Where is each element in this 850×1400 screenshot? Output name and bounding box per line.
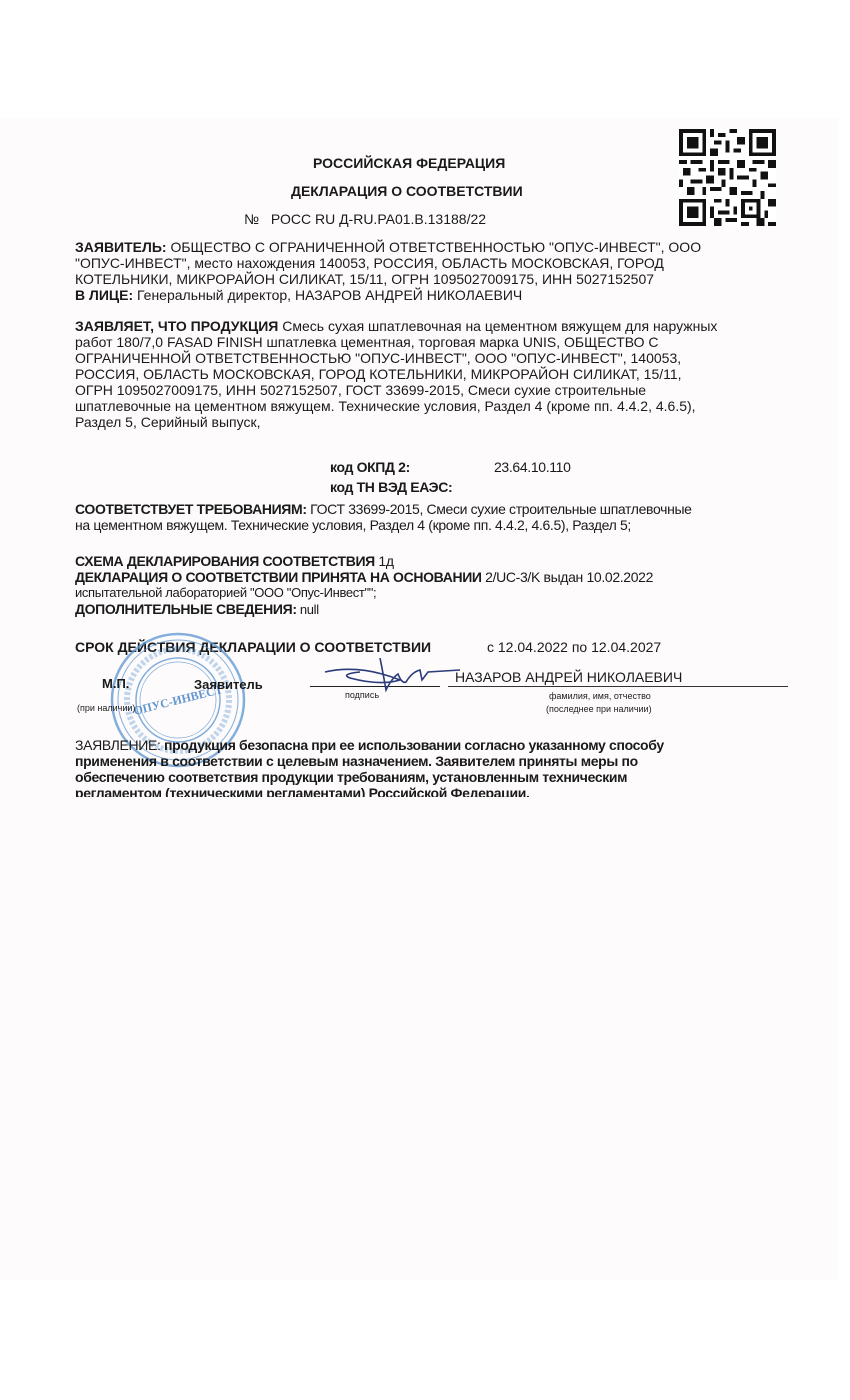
mp-label: М.П.	[102, 676, 129, 691]
statement-line: продукция безопасна при ее использовании…	[161, 737, 664, 753]
person-label: В ЛИЦЕ:	[75, 287, 133, 303]
product-line: ОГРН 1095027009175, ИНН 5027152507, ГОСТ…	[75, 382, 795, 398]
name-line	[448, 686, 788, 687]
signatory-name: НАЗАРОВ АНДРЕЙ НИКОЛАЕВИЧ	[455, 669, 682, 685]
statement-line: применения в соответствии с целевым назн…	[75, 753, 795, 769]
applicant-block: ЗАЯВИТЕЛЬ: ОБЩЕСТВО С ОГРАНИЧЕННОЙ ОТВЕТ…	[75, 239, 795, 303]
applicant-line: "ОПУС-ИНВЕСТ", место нахождения 140053, …	[75, 255, 795, 271]
scheme-label: СХЕМА ДЕКЛАРИРОВАНИЯ СООТВЕТСТВИЯ	[75, 553, 375, 569]
requirements-block: СООТВЕТСТВУЕТ ТРЕБОВАНИЯМ: ГОСТ 33699-20…	[75, 501, 795, 533]
product-line: ОГРАНИЧЕННОЙ ОТВЕТСТВЕННОСТЬЮ "ОПУС-ИНВЕ…	[75, 350, 795, 366]
validity-value: с 12.04.2022 по 12.04.2027	[487, 639, 661, 655]
product-line: РОССИЯ, ОБЛАСТЬ МОСКОВСКАЯ, ГОРОД КОТЕЛЬ…	[75, 366, 795, 382]
statement-line: обеспечению соответствия продукции требо…	[75, 769, 795, 785]
document-title: ДЕКЛАРАЦИЯ О СООТВЕТСТВИИ	[291, 183, 523, 199]
product-line: Смесь сухая шпатлевочная на цементном вя…	[278, 318, 717, 334]
mp-note: (при наличии)	[77, 703, 135, 713]
scheme-value: 1д	[375, 553, 394, 569]
name-caption-2: (последнее при наличии)	[546, 704, 652, 714]
extra-label: ДОПОЛНИТЕЛЬНЫЕ СВЕДЕНИЯ:	[75, 601, 297, 617]
product-line: Раздел 5, Серийный выпуск,	[75, 414, 795, 430]
scheme-block: СХЕМА ДЕКЛАРИРОВАНИЯ СООТВЕТСТВИЯ 1д ДЕК…	[75, 553, 795, 618]
requirements-label: СООТВЕТСТВУЕТ ТРЕБОВАНИЯМ:	[75, 501, 307, 517]
product-label: ЗАЯВЛЯЕТ, ЧТО ПРОДУКЦИЯ	[75, 318, 278, 334]
product-line: работ 180/7,0 FASAD FINISH шпатлевка цем…	[75, 334, 795, 350]
statement-block: ЗАЯВЛЕНИЕ: продукция безопасна при ее ис…	[75, 737, 795, 797]
applicant-sign-label: Заявитель	[194, 677, 263, 692]
name-caption-1: фамилия, имя, отчество	[549, 691, 651, 701]
number-label: №	[244, 211, 259, 227]
applicant-label: ЗАЯВИТЕЛЬ:	[75, 239, 167, 255]
product-line: шпатлевочные на цементном вяжущем. Техни…	[75, 398, 795, 414]
okpd-label: код ОКПД 2:	[330, 459, 410, 475]
applicant-line: КОТЕЛЬНИКИ, МИКРОРАЙОН СИЛИКАТ, 15/11, О…	[75, 271, 795, 287]
basis-value: 2/UC-3/K выдан 10.02.2022	[482, 569, 653, 585]
declaration-number: № РОСС RU Д-RU.PA01.B.13188/22	[244, 211, 486, 227]
statement-line: регламентом (техническими регламентами) …	[75, 785, 795, 797]
number-value: РОСС RU Д-RU.PA01.B.13188/22	[271, 211, 486, 227]
okpd-value: 23.64.10.110	[494, 459, 571, 475]
statement-label: ЗАЯВЛЕНИЕ:	[75, 737, 161, 753]
signature-scribble-icon	[320, 658, 460, 698]
applicant-line: ОБЩЕСТВО С ОГРАНИЧЕННОЙ ОТВЕТСТВЕННОСТЬЮ…	[167, 239, 702, 255]
product-block: ЗАЯВЛЯЕТ, ЧТО ПРОДУКЦИЯ Смесь сухая шпат…	[75, 318, 795, 430]
qr-code-icon	[679, 129, 776, 226]
tnved-label: код ТН ВЭД ЕАЭС:	[330, 479, 452, 495]
requirements-line: на цементном вяжущем. Технические услови…	[75, 517, 795, 533]
basis-label: ДЕКЛАРАЦИЯ О СООТВЕТСТВИИ ПРИНЯТА НА ОСН…	[75, 569, 482, 585]
extra-value: null	[297, 602, 319, 617]
country-heading: РОССИЙСКАЯ ФЕДЕРАЦИЯ	[313, 155, 505, 171]
basis-lab-line: испытательной лабораторией "ООО "Опус-Ин…	[75, 585, 795, 601]
person-value: Генеральный директор, НАЗАРОВ АНДРЕЙ НИК…	[133, 287, 522, 303]
requirements-line: ГОСТ 33699-2015, Смеси сухие строительны…	[307, 501, 692, 517]
